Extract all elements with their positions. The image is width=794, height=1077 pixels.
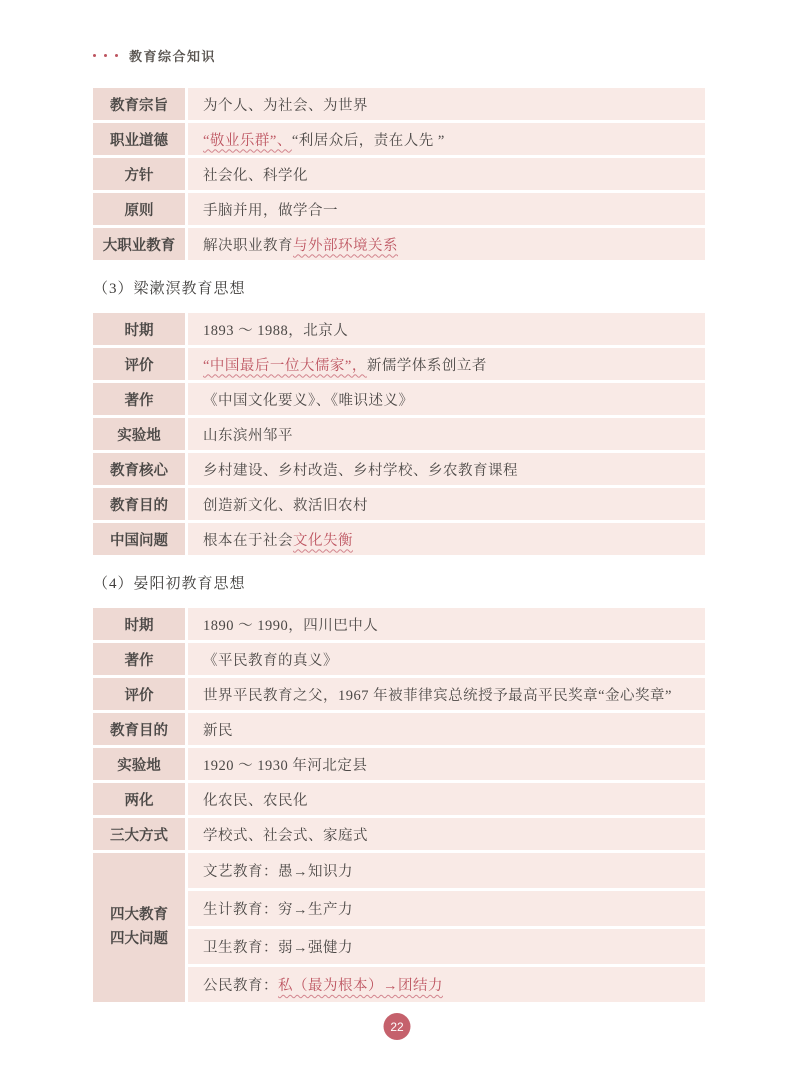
text-segment: 公民教育： xyxy=(203,974,278,995)
row-label: 教育宗旨 xyxy=(93,88,185,120)
row-label: 两化 xyxy=(93,783,185,815)
highlighted-text-segment: 文化失衡 xyxy=(293,529,353,550)
row-content: 创造新文化、救活旧农村 xyxy=(188,488,705,520)
row-label: 评价 xyxy=(93,348,185,380)
table-row: 时期 1890 ～ 1990，四川巴中人 xyxy=(93,608,705,640)
row-content: “敬业乐群”、“利居众后，责在人先 ” xyxy=(188,123,705,155)
text-segment: 1890 ～ 1990，四川巴中人 xyxy=(203,614,378,635)
row-content: 为个人、为社会、为世界 xyxy=(188,88,705,120)
text-segment: 为个人、为社会、为世界 xyxy=(203,94,368,115)
table-row: 中国问题 根本在于社会文化失衡 xyxy=(93,523,705,555)
table-liang-shuming: 时期 1893 ～ 1988，北京人 评价 “中国最后一位大儒家”，新儒学体系创… xyxy=(93,313,705,555)
row-label: 中国问题 xyxy=(93,523,185,555)
row-content: 解决职业教育与外部环境关系 xyxy=(188,228,705,260)
row-label: 实验地 xyxy=(93,748,185,780)
row-content: 1890 ～ 1990，四川巴中人 xyxy=(188,608,705,640)
highlighted-text-segment: 私（最为根本）→团结力 xyxy=(278,974,443,995)
row-content: 山东滨州邹平 xyxy=(188,418,705,450)
row-label: 教育目的 xyxy=(93,488,185,520)
table-row: 原则 手脑并用，做学合一 xyxy=(93,193,705,225)
row-content: 化农民、农民化 xyxy=(188,783,705,815)
table-row: 教育核心 乡村建设、乡村改造、乡村学校、乡农教育课程 xyxy=(93,453,705,485)
row-content: “中国最后一位大儒家”，新儒学体系创立者 xyxy=(188,348,705,380)
row-label: 教育核心 xyxy=(93,453,185,485)
table-vocational-education: 教育宗旨 为个人、为社会、为世界 职业道德 “敬业乐群”、“利居众后，责在人先 … xyxy=(93,88,705,260)
table-row: 实验地 山东滨州邹平 xyxy=(93,418,705,450)
table-row-merged: 四大教育 四大问题 文艺教育：愚→知识力 生计教育：穷→生产力 卫生教育：弱→强… xyxy=(93,853,705,1002)
row-content: 文艺教育：愚→知识力 xyxy=(188,853,705,888)
row-label: 时期 xyxy=(93,608,185,640)
section-heading-liang-shuming: （3）梁漱溟教育思想 xyxy=(93,277,705,298)
row-content: 根本在于社会文化失衡 xyxy=(188,523,705,555)
text-segment: 新民 xyxy=(203,719,233,740)
page-header-title: 教育综合知识 xyxy=(129,46,216,65)
table-yan-yangchu: 时期 1890 ～ 1990，四川巴中人 著作 《平民教育的真义》 评价 世界平… xyxy=(93,608,705,1002)
text-segment: 1920 ～ 1930 年河北定县 xyxy=(203,754,367,775)
text-segment: 社会化、科学化 xyxy=(203,164,308,185)
row-label: 评价 xyxy=(93,678,185,710)
row-content: 《平民教育的真义》 xyxy=(188,643,705,675)
three-dots-icon xyxy=(93,54,118,57)
row-content: 乡村建设、乡村改造、乡村学校、乡农教育课程 xyxy=(188,453,705,485)
highlighted-text-segment: “中国最后一位大儒家”， xyxy=(203,354,367,375)
row-content: 生计教育：穷→生产力 xyxy=(188,891,705,926)
text-segment: 《中国文化要义》、《唯识述义》 xyxy=(203,389,414,410)
merged-content-cells: 文艺教育：愚→知识力 生计教育：穷→生产力 卫生教育：弱→强健力 公民教育：私（… xyxy=(188,853,705,1002)
row-label: 实验地 xyxy=(93,418,185,450)
table-row: 两化 化农民、农民化 xyxy=(93,783,705,815)
text-segment: 山东滨州邹平 xyxy=(203,424,293,445)
text-segment: 文艺教育：愚→知识力 xyxy=(203,860,353,881)
section-heading-yan-yangchu: （4）晏阳初教育思想 xyxy=(93,572,705,593)
table-row: 教育宗旨 为个人、为社会、为世界 xyxy=(93,88,705,120)
text-segment: 解决职业教育 xyxy=(203,234,293,255)
row-content: 《中国文化要义》、《唯识述义》 xyxy=(188,383,705,415)
row-label: 方针 xyxy=(93,158,185,190)
document-page: 教育综合知识 教育宗旨 为个人、为社会、为世界 职业道德 “敬业乐群”、“利居众… xyxy=(0,0,794,1077)
text-segment: 1893 ～ 1988，北京人 xyxy=(203,319,348,340)
page-number-badge: 22 xyxy=(384,1013,411,1040)
text-segment: 卫生教育：弱→强健力 xyxy=(203,936,353,957)
table-row: 教育目的 新民 xyxy=(93,713,705,745)
row-content: 学校式、社会式、家庭式 xyxy=(188,818,705,850)
text-segment: 《平民教育的真义》 xyxy=(203,649,338,670)
row-content: 公民教育：私（最为根本）→团结力 xyxy=(188,967,705,1002)
text-segment: 生计教育：穷→生产力 xyxy=(203,898,353,919)
table-row: 著作 《平民教育的真义》 xyxy=(93,643,705,675)
row-content: 1893 ～ 1988，北京人 xyxy=(188,313,705,345)
table-row: 实验地 1920 ～ 1930 年河北定县 xyxy=(93,748,705,780)
table-row: 著作 《中国文化要义》、《唯识述义》 xyxy=(93,383,705,415)
text-segment: 创造新文化、救活旧农村 xyxy=(203,494,368,515)
highlighted-text-segment: “敬业乐群”、 xyxy=(203,129,292,150)
row-content: 1920 ～ 1930 年河北定县 xyxy=(188,748,705,780)
row-label: 时期 xyxy=(93,313,185,345)
page-header: 教育综合知识 xyxy=(93,46,216,65)
row-label: 教育目的 xyxy=(93,713,185,745)
text-segment: 乡村建设、乡村改造、乡村学校、乡农教育课程 xyxy=(203,459,518,480)
row-label: 三大方式 xyxy=(93,818,185,850)
table-row: 评价 “中国最后一位大儒家”，新儒学体系创立者 xyxy=(93,348,705,380)
table-row: 三大方式 学校式、社会式、家庭式 xyxy=(93,818,705,850)
page-body: 教育宗旨 为个人、为社会、为世界 职业道德 “敬业乐群”、“利居众后，责在人先 … xyxy=(93,88,705,1002)
table-row: 评价 世界平民教育之父，1967 年被菲律宾总统授予最高平民奖章“金心奖章” xyxy=(93,678,705,710)
text-segment: “利居众后，责在人先 ” xyxy=(292,129,445,150)
row-content: 新民 xyxy=(188,713,705,745)
row-label: 大职业教育 xyxy=(93,228,185,260)
row-label: 著作 xyxy=(93,383,185,415)
row-content: 卫生教育：弱→强健力 xyxy=(188,929,705,964)
text-segment: 化农民、农民化 xyxy=(203,789,308,810)
text-segment: 根本在于社会 xyxy=(203,529,293,550)
row-label: 原则 xyxy=(93,193,185,225)
table-row: 职业道德 “敬业乐群”、“利居众后，责在人先 ” xyxy=(93,123,705,155)
row-content: 世界平民教育之父，1967 年被菲律宾总统授予最高平民奖章“金心奖章” xyxy=(188,678,705,710)
table-row: 大职业教育 解决职业教育与外部环境关系 xyxy=(93,228,705,260)
text-segment: 手脑并用，做学合一 xyxy=(203,199,338,220)
text-segment: 新儒学体系创立者 xyxy=(367,354,487,375)
table-row: 教育目的 创造新文化、救活旧农村 xyxy=(93,488,705,520)
row-label: 著作 xyxy=(93,643,185,675)
table-row: 方针 社会化、科学化 xyxy=(93,158,705,190)
row-label-merged: 四大教育 四大问题 xyxy=(93,853,185,1002)
row-label: 职业道德 xyxy=(93,123,185,155)
text-segment: 学校式、社会式、家庭式 xyxy=(203,824,368,845)
table-row: 时期 1893 ～ 1988，北京人 xyxy=(93,313,705,345)
row-content: 手脑并用，做学合一 xyxy=(188,193,705,225)
row-content: 社会化、科学化 xyxy=(188,158,705,190)
text-segment: 世界平民教育之父，1967 年被菲律宾总统授予最高平民奖章“金心奖章” xyxy=(203,684,672,705)
highlighted-text-segment: 与外部环境关系 xyxy=(293,234,398,255)
